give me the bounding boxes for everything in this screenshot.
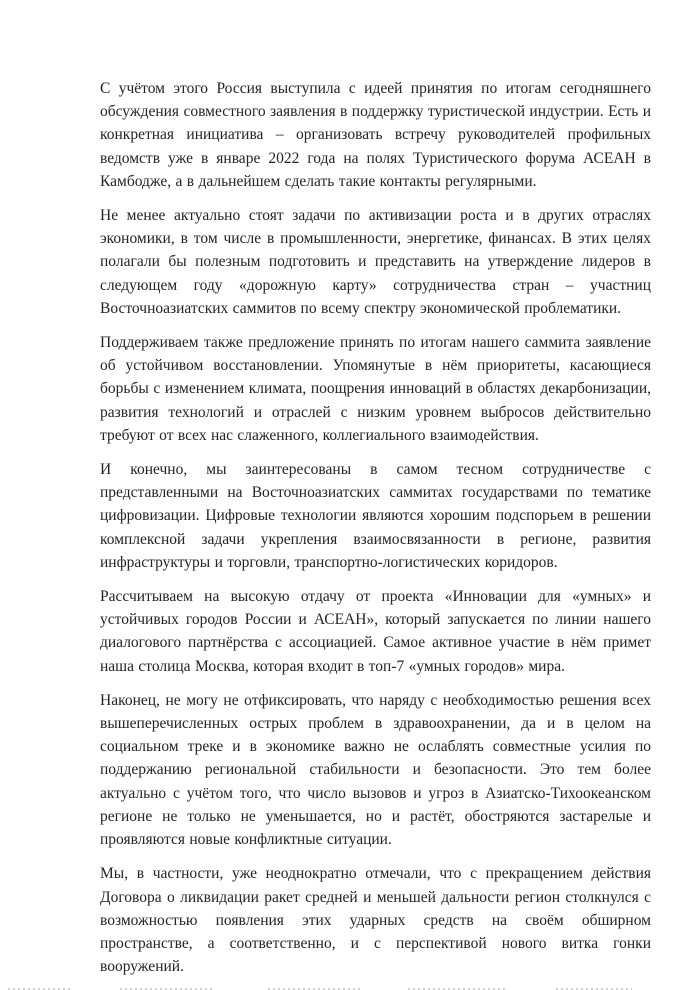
document-text: С учётом этого Россия выступила с идеей …: [100, 77, 651, 989]
paragraph-smart-cities: Рассчитываем на высокую отдачу от проект…: [100, 585, 651, 678]
paragraph-tourism-statement: С учётом этого Россия выступила с идеей …: [100, 77, 651, 193]
paragraph-economy-roadmap: Не менее актуально стоят задачи по актив…: [100, 204, 651, 320]
clipped-text-line: [0, 986, 700, 990]
paragraph-inf-treaty: Мы, в частности, уже неоднократно отмеча…: [100, 862, 651, 978]
paragraph-digitalization: И конечно, мы заинтересованы в самом тес…: [100, 458, 651, 574]
paragraph-regional-security: Наконец, не могу не отфиксировать, что н…: [100, 689, 651, 851]
paragraph-sustainable-recovery: Поддерживаем также предложение принять п…: [100, 331, 651, 447]
document-page: С учётом этого Россия выступила с идеей …: [0, 0, 700, 990]
